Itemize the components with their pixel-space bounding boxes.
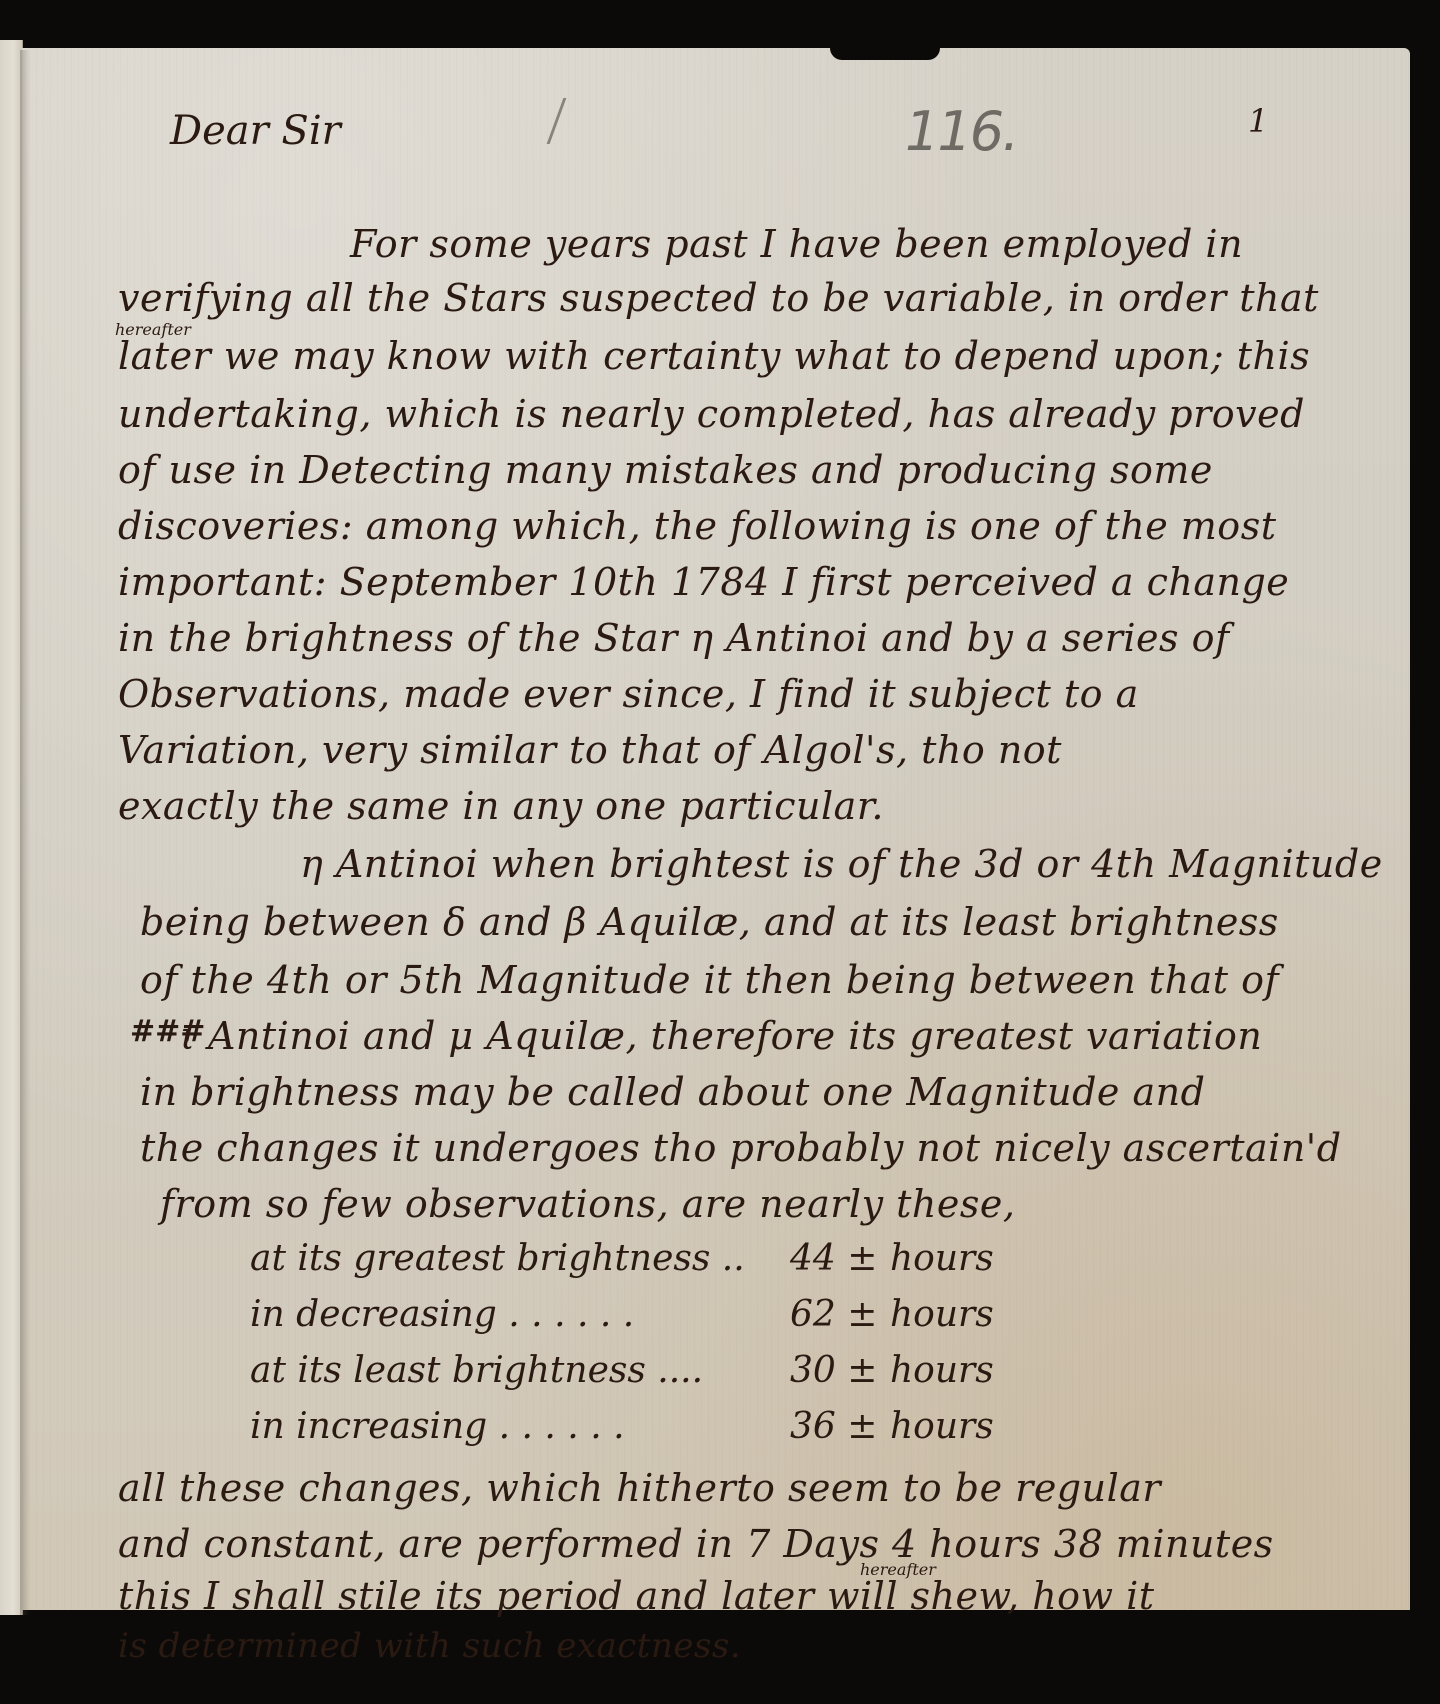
text-line: from so few observations, are nearly the… (160, 1182, 1015, 1226)
text-line: in brightness may be called about one Ma… (140, 1070, 1205, 1114)
period-value: 36 ± (790, 1406, 890, 1447)
text-line: and constant, are performed in 7 Days 4 … (118, 1522, 1274, 1566)
period-row-least: at its least brightness ....30 ±hours (250, 1350, 994, 1391)
period-unit: hours (890, 1406, 994, 1447)
text-line: of the 4th or 5th Magnitude it then bein… (140, 958, 1279, 1002)
period-value: 62 ± (790, 1294, 890, 1335)
period-label: at its greatest brightness .. (250, 1238, 790, 1279)
period-row-decreasing: in decreasing . . . . . .62 ±hours (250, 1294, 994, 1335)
text-line: important: September 10th 1784 I first p… (118, 560, 1289, 604)
text-line: ι Antinoi and μ Aquilæ, therefore its gr… (180, 1014, 1262, 1058)
text-line: later we may know with certainty what to… (118, 334, 1310, 378)
text-line: being between δ and β Aquilæ, and at its… (140, 900, 1279, 944)
period-unit: hours (890, 1238, 994, 1279)
text-line: undertaking, which is nearly completed, … (118, 392, 1305, 436)
text-line: this I shall stile its period and later … (118, 1574, 1155, 1618)
text-line: Variation, very similar to that of Algol… (118, 728, 1062, 772)
text-line: in the brightness of the Star η Antinoi … (118, 616, 1230, 660)
text-line: For some years past I have been employed… (350, 222, 1243, 266)
period-value: 30 ± (790, 1350, 890, 1391)
text-line: is determined with such exactness. (118, 1626, 741, 1666)
salutation: Dear Sir (170, 108, 341, 154)
period-label: in increasing . . . . . . (250, 1406, 790, 1447)
text-line: Observations, made ever since, I find it… (118, 672, 1139, 716)
period-row-increasing: in increasing . . . . . .36 ±hours (250, 1406, 994, 1447)
text-line: η Antinoi when brightest is of the 3d or… (300, 842, 1383, 886)
period-label: in decreasing . . . . . . (250, 1294, 790, 1335)
text-line: of use in Detecting many mistakes and pr… (118, 448, 1213, 492)
period-value: 44 ± (790, 1238, 890, 1279)
archive-number: 116. (905, 100, 1017, 163)
page-top-tear (830, 48, 940, 60)
binding-shadow (20, 50, 30, 1615)
text-line: all these changes, which hitherto seem t… (118, 1466, 1161, 1510)
text-line: exactly the same in any one particular. (118, 784, 884, 828)
period-unit: hours (890, 1350, 994, 1391)
page-number: 1 (1248, 102, 1268, 140)
text-line: the changes it undergoes tho probably no… (140, 1126, 1342, 1170)
period-row-greatest: at its greatest brightness ..44 ±hours (250, 1238, 994, 1279)
period-label: at its least brightness .... (250, 1350, 790, 1391)
text-line: discoveries: among which, the following … (118, 504, 1276, 548)
period-unit: hours (890, 1294, 994, 1335)
text-line: verifying all the Stars suspected to be … (118, 276, 1319, 320)
